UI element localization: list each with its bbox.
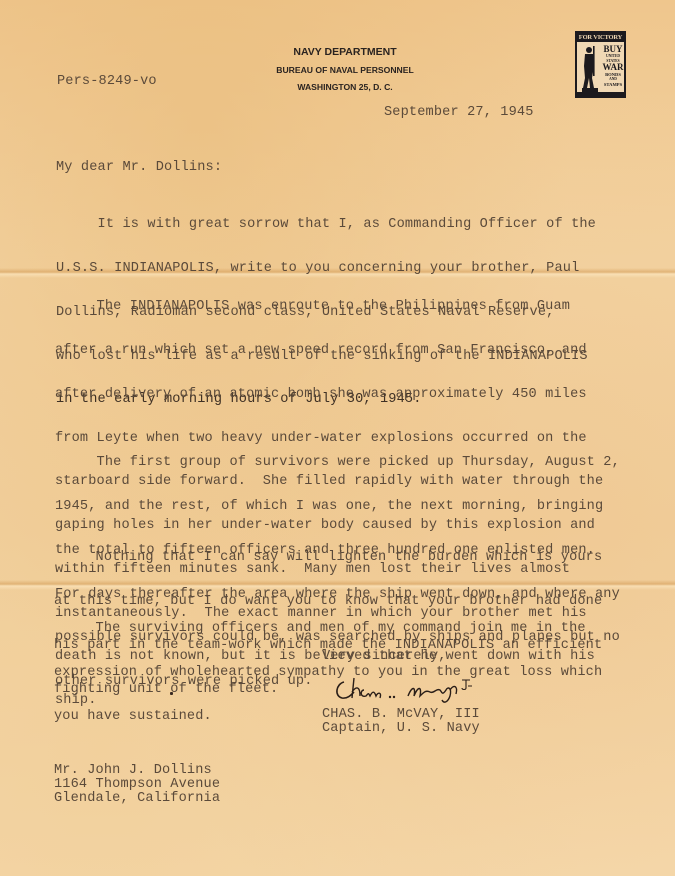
reference-number: Pers-8249-vo	[57, 75, 157, 90]
letterhead-bureau: BUREAU OF NAVAL PERSONNEL	[220, 65, 470, 75]
war-bonds-stamp: FOR VICTORY BUY UNITED STATES WAR BONDS …	[575, 31, 626, 98]
stamp-slogan: BUY UNITED STATES WAR BONDS AND STAMPS	[601, 45, 625, 87]
salutation: My dear Mr. Dollins:	[56, 161, 222, 176]
signer-title: Captain, U. S. Navy	[322, 722, 480, 737]
recipient-city: Glendale, California	[54, 792, 220, 807]
letterhead-department: NAVY DEPARTMENT	[245, 46, 445, 58]
ink-speck	[170, 692, 173, 695]
closing: Very sincerely,	[322, 650, 447, 665]
letter-date: September 27, 1945	[384, 106, 534, 121]
handwritten-signature: Chas. B. McVay Jr.	[332, 672, 502, 706]
letterhead-address: WASHINGTON 25, D. C.	[245, 82, 445, 92]
stamp-top-text: FOR VICTORY	[577, 33, 624, 42]
minuteman-statue-icon	[580, 44, 600, 94]
